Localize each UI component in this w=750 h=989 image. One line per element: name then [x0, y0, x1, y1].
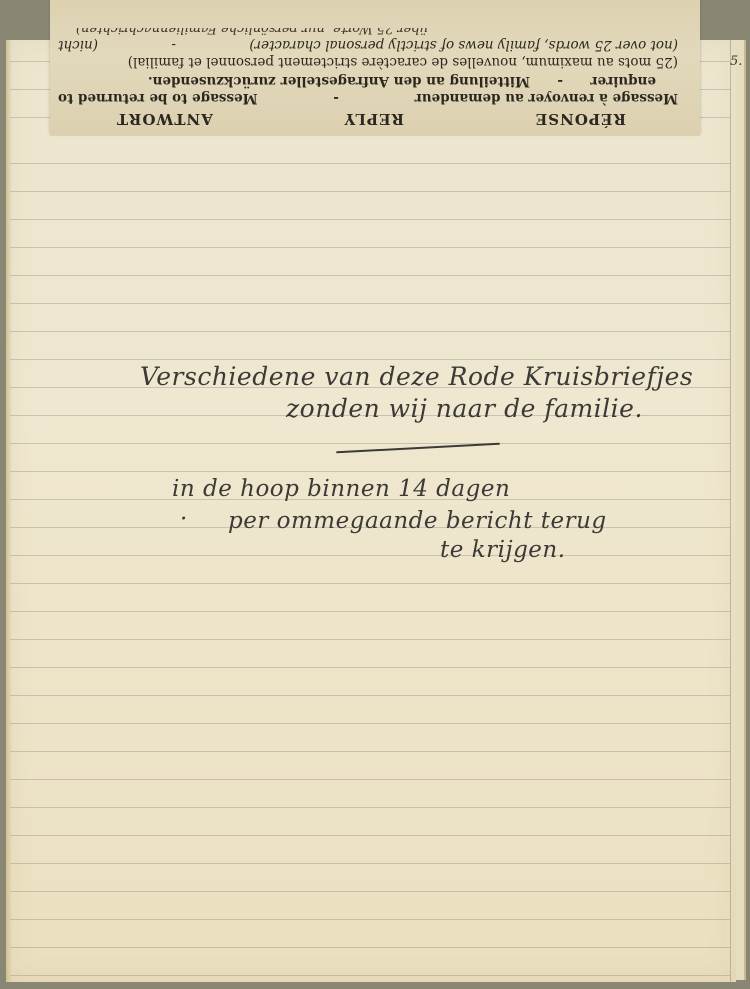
handwriting-line-1: Verschiedene van deze Rode Kruisbriefjes	[140, 362, 693, 391]
strip-line-2: enquirer - Mitteilung an den Anfragestel…	[58, 72, 678, 89]
heading-reply: REPLY	[344, 110, 404, 128]
strip-line-4-right: (nicht	[58, 36, 98, 53]
right-margin-line	[730, 40, 731, 982]
strip-line-4-sep: -	[171, 36, 176, 53]
heading-antwort: ANTWORT	[116, 110, 213, 128]
strip-line-1-left: Message à renvoyer au demandeur	[415, 89, 678, 106]
strip-line-2-right: Mitteilung an den Anfragesteller zurückz…	[148, 73, 530, 89]
heading-reponse: RÉPONSE	[535, 110, 626, 128]
scan-bottom-edge	[0, 982, 750, 989]
handwriting-line-3: in de hoop binnen 14 dagen	[172, 476, 510, 502]
handwriting-line-4: per ommegaande bericht terug	[228, 508, 607, 534]
handwriting-line-2: zonden wij naar de familie.	[286, 394, 643, 423]
strip-line-5-cut: über 25 Worte, nur persönliche Familienn…	[58, 28, 678, 36]
handwriting-line-4-dot: ·	[180, 506, 188, 532]
strip-line-4-left: (not over 25 words, family news of stric…	[249, 36, 678, 53]
printed-reply-strip: RÉPONSE REPLY ANTWORT Message à renvoyer…	[50, 0, 700, 136]
strip-line-1: Message à renvoyer au demandeur - Messag…	[58, 89, 678, 106]
document-scan: 5. 5. RÉPONSE REPLY ANTWORT Message à re…	[0, 0, 750, 989]
strip-headings: RÉPONSE REPLY ANTWORT	[58, 110, 678, 128]
strip-line-2-left: enquirer	[590, 73, 678, 89]
strip-line-1-sep: -	[333, 89, 339, 106]
strip-line-2-sep: -	[557, 73, 563, 89]
strip-line-4: (not over 25 words, family news of stric…	[58, 36, 678, 53]
page-number-back: 5.	[730, 54, 742, 69]
handwriting-line-5: te krijgen.	[440, 537, 566, 563]
strip-line-1-right: Message to be returned to	[58, 89, 258, 106]
strip-line-3: (25 mots au maximum, nouvelles de caract…	[58, 53, 678, 70]
